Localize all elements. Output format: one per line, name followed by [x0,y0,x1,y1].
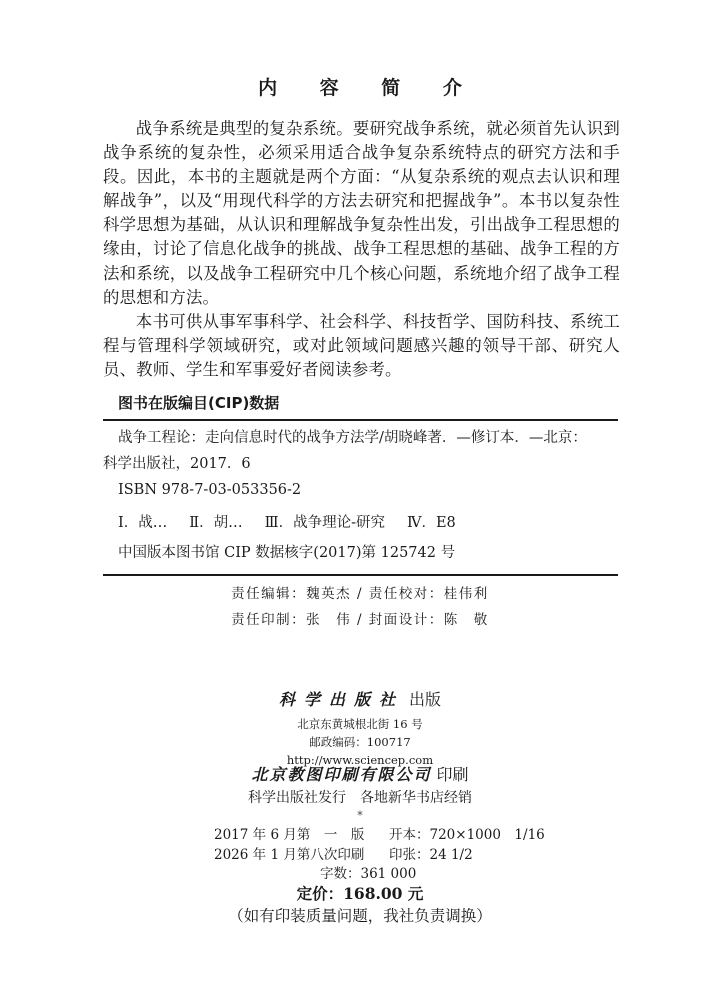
publisher-address: 北京东黄城根北街 16 号 [0,716,720,732]
cip-record-number: 中国版本图书馆 CIP 数据核字(2017)第 125742 号 [118,543,455,563]
copyright-page: 内 容 简 介 战争系统是典型的复杂系统。要研究战争系统，就必须首先认识到战争系… [0,0,720,1000]
publisher-name: 科学出版社 [279,690,404,709]
cip-class-3: Ⅲ．战争理论-研究 [265,515,385,531]
price-amount: 168.00 [343,884,402,903]
cip-heading: 图书在版编目(CIP)数据 [118,393,279,413]
retailer: 各地新华书店经销 [360,790,472,806]
staff-production: 责任印制：张 伟 / 封面设计：陈 敬 [0,611,720,629]
word-count: 字数：361 000 [320,865,416,883]
cip-class-2: Ⅱ．胡… [189,515,242,531]
distributor: 科学出版社发行 [248,790,346,806]
abstract-body: 战争系统是典型的复杂系统。要研究战争系统，就必须首先认识到战争系统的复杂性，必须… [103,117,620,382]
separator-asterisk: * [0,809,720,823]
cip-class-4: Ⅳ．E8 [407,515,456,531]
quality-notice: （如有印装质量问题，我社负责调换） [0,906,720,926]
publisher-line: 科学出版社 出版 [0,690,720,710]
cip-record-box: 战争工程论：走向信息时代的战争方法学/胡晓峰著．—修订本．—北京： 科学出版社，… [103,419,618,576]
cip-title-line: 战争工程论：走向信息时代的战争方法学/胡晓峰著．—修订本．—北京： [118,428,587,448]
cip-publisher-line: 科学出版社，2017．6 [103,454,251,474]
format-info: 开本：720×1000 1/16 [389,826,545,844]
edition-info: 2017 年 6 月第 一 版 [214,826,364,844]
distribution-line: 科学出版社发行各地新华书店经销 [0,789,720,807]
cip-isbn: ISBN 978-7-03-053356-2 [118,480,301,500]
staff-editors: 责任编辑：魏英杰 / 责任校对：桂伟利 [0,585,720,603]
cip-classifications: Ⅰ．战…Ⅱ．胡…Ⅲ．战争理论-研究Ⅳ．E8 [118,513,478,533]
abstract-title: 内 容 简 介 [0,76,720,100]
sheets-info: 印张：24 1/2 [389,846,473,864]
printer-name: 北京教图印刷有限公司 [251,765,431,784]
cip-class-1: Ⅰ．战… [118,515,167,531]
publisher-suffix: 出版 [409,690,441,709]
printing-info: 2026 年 1 月第八次印刷 [214,846,364,864]
publisher-postcode: 邮政编码：100717 [0,734,720,750]
printer-line: 北京教图印刷有限公司 印刷 [0,765,720,785]
abstract-paragraph-1: 战争系统是典型的复杂系统。要研究战争系统，就必须首先认识到战争系统的复杂性，必须… [103,117,620,310]
printer-suffix: 印刷 [437,765,469,784]
price-unit: 元 [408,885,424,903]
price-label: 定价： [297,885,344,903]
price-line: 定价：168.00 元 [0,884,720,904]
abstract-paragraph-2: 本书可供从事军事科学、社会科学、科技哲学、国防科技、系统工程与管理科学领域研究，… [103,310,620,382]
